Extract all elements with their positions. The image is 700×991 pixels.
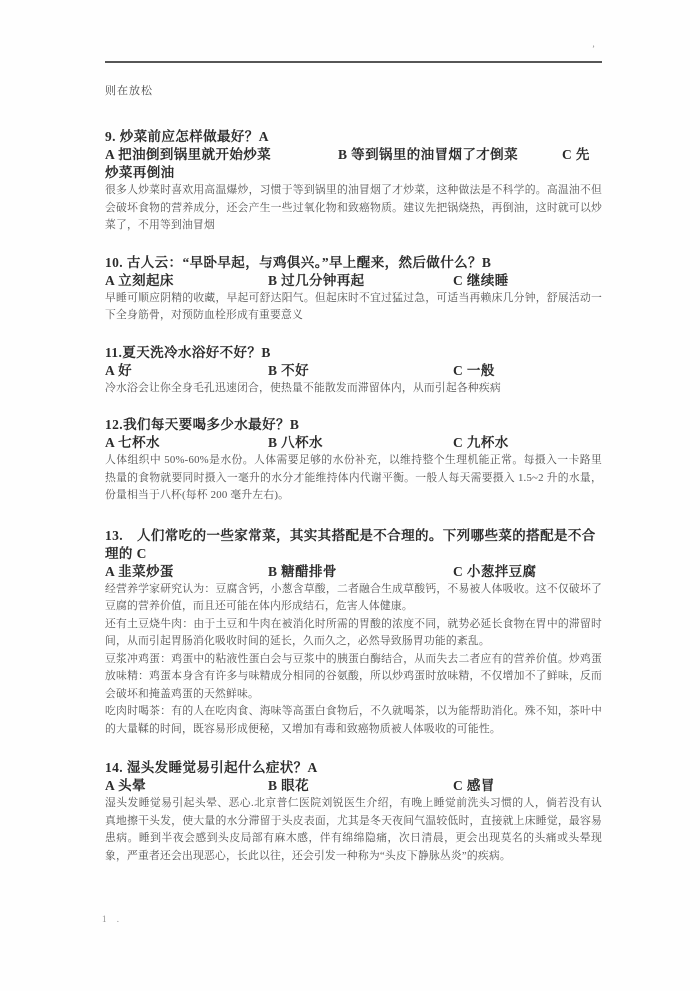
option-c: C 九杯水 — [453, 434, 602, 452]
question-12-title: 12.我们每天要喝多少水最好？B — [105, 416, 602, 434]
question-10: 10. 古人云：“早卧早起，与鸡俱兴。”早上醒来，然后做什么？B A 立刻起床 … — [105, 254, 602, 325]
option-b: B 糖醋排骨 — [268, 563, 453, 581]
question-12-explanation: 人体组织中 50%-60%是水份。人体需要足够的水份补充，以维持整个生理机能正常… — [105, 452, 602, 505]
question-10-explanation: 早睡可顺应阴精的收藏，早起可舒达阳气。但起床时不宜过猛过急，可适当再赖床几分钟，… — [105, 290, 602, 325]
question-11-options: A 好 B 不好 C 一般 — [105, 362, 602, 380]
question-9-options: A 把油倒到锅里就开始炒菜B 等到锅里的油冒烟了才倒菜C 先炒菜再倒油 — [105, 146, 602, 182]
document-content: 则在放松 9. 炒菜前应怎样做最好？A A 把油倒到锅里就开始炒菜B 等到锅里的… — [0, 61, 700, 865]
question-9-explanation: 很多人炒菜时喜欢用高温爆炒，习惯于等到锅里的油冒烟了才炒菜，这种做法是不科学的。… — [105, 182, 602, 235]
question-13-explanation-3: 豆浆冲鸡蛋：鸡蛋中的粘液性蛋白会与豆浆中的胰蛋白酶结合，从而失去二者应有的营养价… — [105, 651, 602, 704]
question-9: 9. 炒菜前应怎样做最好？A A 把油倒到锅里就开始炒菜B 等到锅里的油冒烟了才… — [105, 128, 602, 235]
question-14-title: 14. 湿头发睡觉易引起什么症状？A — [105, 759, 602, 777]
question-13-explanation-1: 经营养学家研究认为：豆腐含钙，小葱含草酸，二者融合生成草酸钙，不易被人体吸收。这… — [105, 581, 602, 616]
header-note-text: 则在放松 — [105, 84, 602, 99]
question-13-explanation-2: 还有土豆烧牛肉：由于土豆和牛肉在被消化时所需的胃酸的浓度不同，就势必延长食物在胃… — [105, 616, 602, 651]
header-divider — [105, 61, 602, 63]
question-11: 11.夏天洗冷水浴好不好？B A 好 B 不好 C 一般 冷水浴会让你全身毛孔迅… — [105, 344, 602, 398]
option-a: A 头晕 — [105, 777, 268, 795]
question-10-title: 10. 古人云：“早卧早起，与鸡俱兴。”早上醒来，然后做什么？B — [105, 254, 602, 272]
option-b: B 八杯水 — [268, 434, 453, 452]
option-b: B 不好 — [268, 362, 453, 380]
option-c: C 小葱拌豆腐 — [453, 563, 602, 581]
top-right-mark: ’ — [592, 44, 595, 54]
option-c: C 感冒 — [453, 777, 602, 795]
option-a: A 七杯水 — [105, 434, 268, 452]
option-b: B 等到锅里的油冒烟了才倒菜 — [338, 146, 562, 164]
question-11-explanation: 冷水浴会让你全身毛孔迅速闭合，使热量不能散发而滞留体内，从而引起各种疾病 — [105, 380, 602, 398]
question-12-options: A 七杯水 B 八杯水 C 九杯水 — [105, 434, 602, 452]
question-14-options: A 头晕 B 眼花 C 感冒 — [105, 777, 602, 795]
question-10-options: A 立刻起床 B 过几分钟再起 C 继续睡 — [105, 272, 602, 290]
question-13-title: 13. 人们常吃的一些家常菜，其实其搭配是不合理的。下列哪些菜的搭配是不合理的 … — [105, 527, 602, 563]
page-footer-mark: 1 . — [102, 914, 123, 924]
question-12: 12.我们每天要喝多少水最好？B A 七杯水 B 八杯水 C 九杯水 人体组织中… — [105, 416, 602, 505]
document-page: ’ 则在放松 9. 炒菜前应怎样做最好？A A 把油倒到锅里就开始炒菜B 等到锅… — [0, 0, 700, 991]
question-13-explanation-4: 吃肉时喝茶：有的人在吃肉食、海味等高蛋白食物后，不久就喝茶，以为能帮助消化。殊不… — [105, 703, 602, 738]
option-a: A 立刻起床 — [105, 272, 268, 290]
option-b: B 过几分钟再起 — [268, 272, 453, 290]
question-11-title: 11.夏天洗冷水浴好不好？B — [105, 344, 602, 362]
question-9-title: 9. 炒菜前应怎样做最好？A — [105, 128, 602, 146]
question-14-explanation: 湿头发睡觉易引起头晕、恶心.北京普仁医院刘锐医生介绍，有晚上睡觉前洗头习惯的人，… — [105, 795, 602, 865]
option-a: A 把油倒到锅里就开始炒菜 — [105, 146, 338, 164]
option-a: A 韭菜炒蛋 — [105, 563, 268, 581]
question-13: 13. 人们常吃的一些家常菜，其实其搭配是不合理的。下列哪些菜的搭配是不合理的 … — [105, 527, 602, 739]
question-14: 14. 湿头发睡觉易引起什么症状？A A 头晕 B 眼花 C 感冒 湿头发睡觉易… — [105, 759, 602, 865]
option-c: C 一般 — [453, 362, 602, 380]
option-c: C 继续睡 — [453, 272, 602, 290]
question-13-options: A 韭菜炒蛋 B 糖醋排骨 C 小葱拌豆腐 — [105, 563, 602, 581]
option-b: B 眼花 — [268, 777, 453, 795]
option-a: A 好 — [105, 362, 268, 380]
